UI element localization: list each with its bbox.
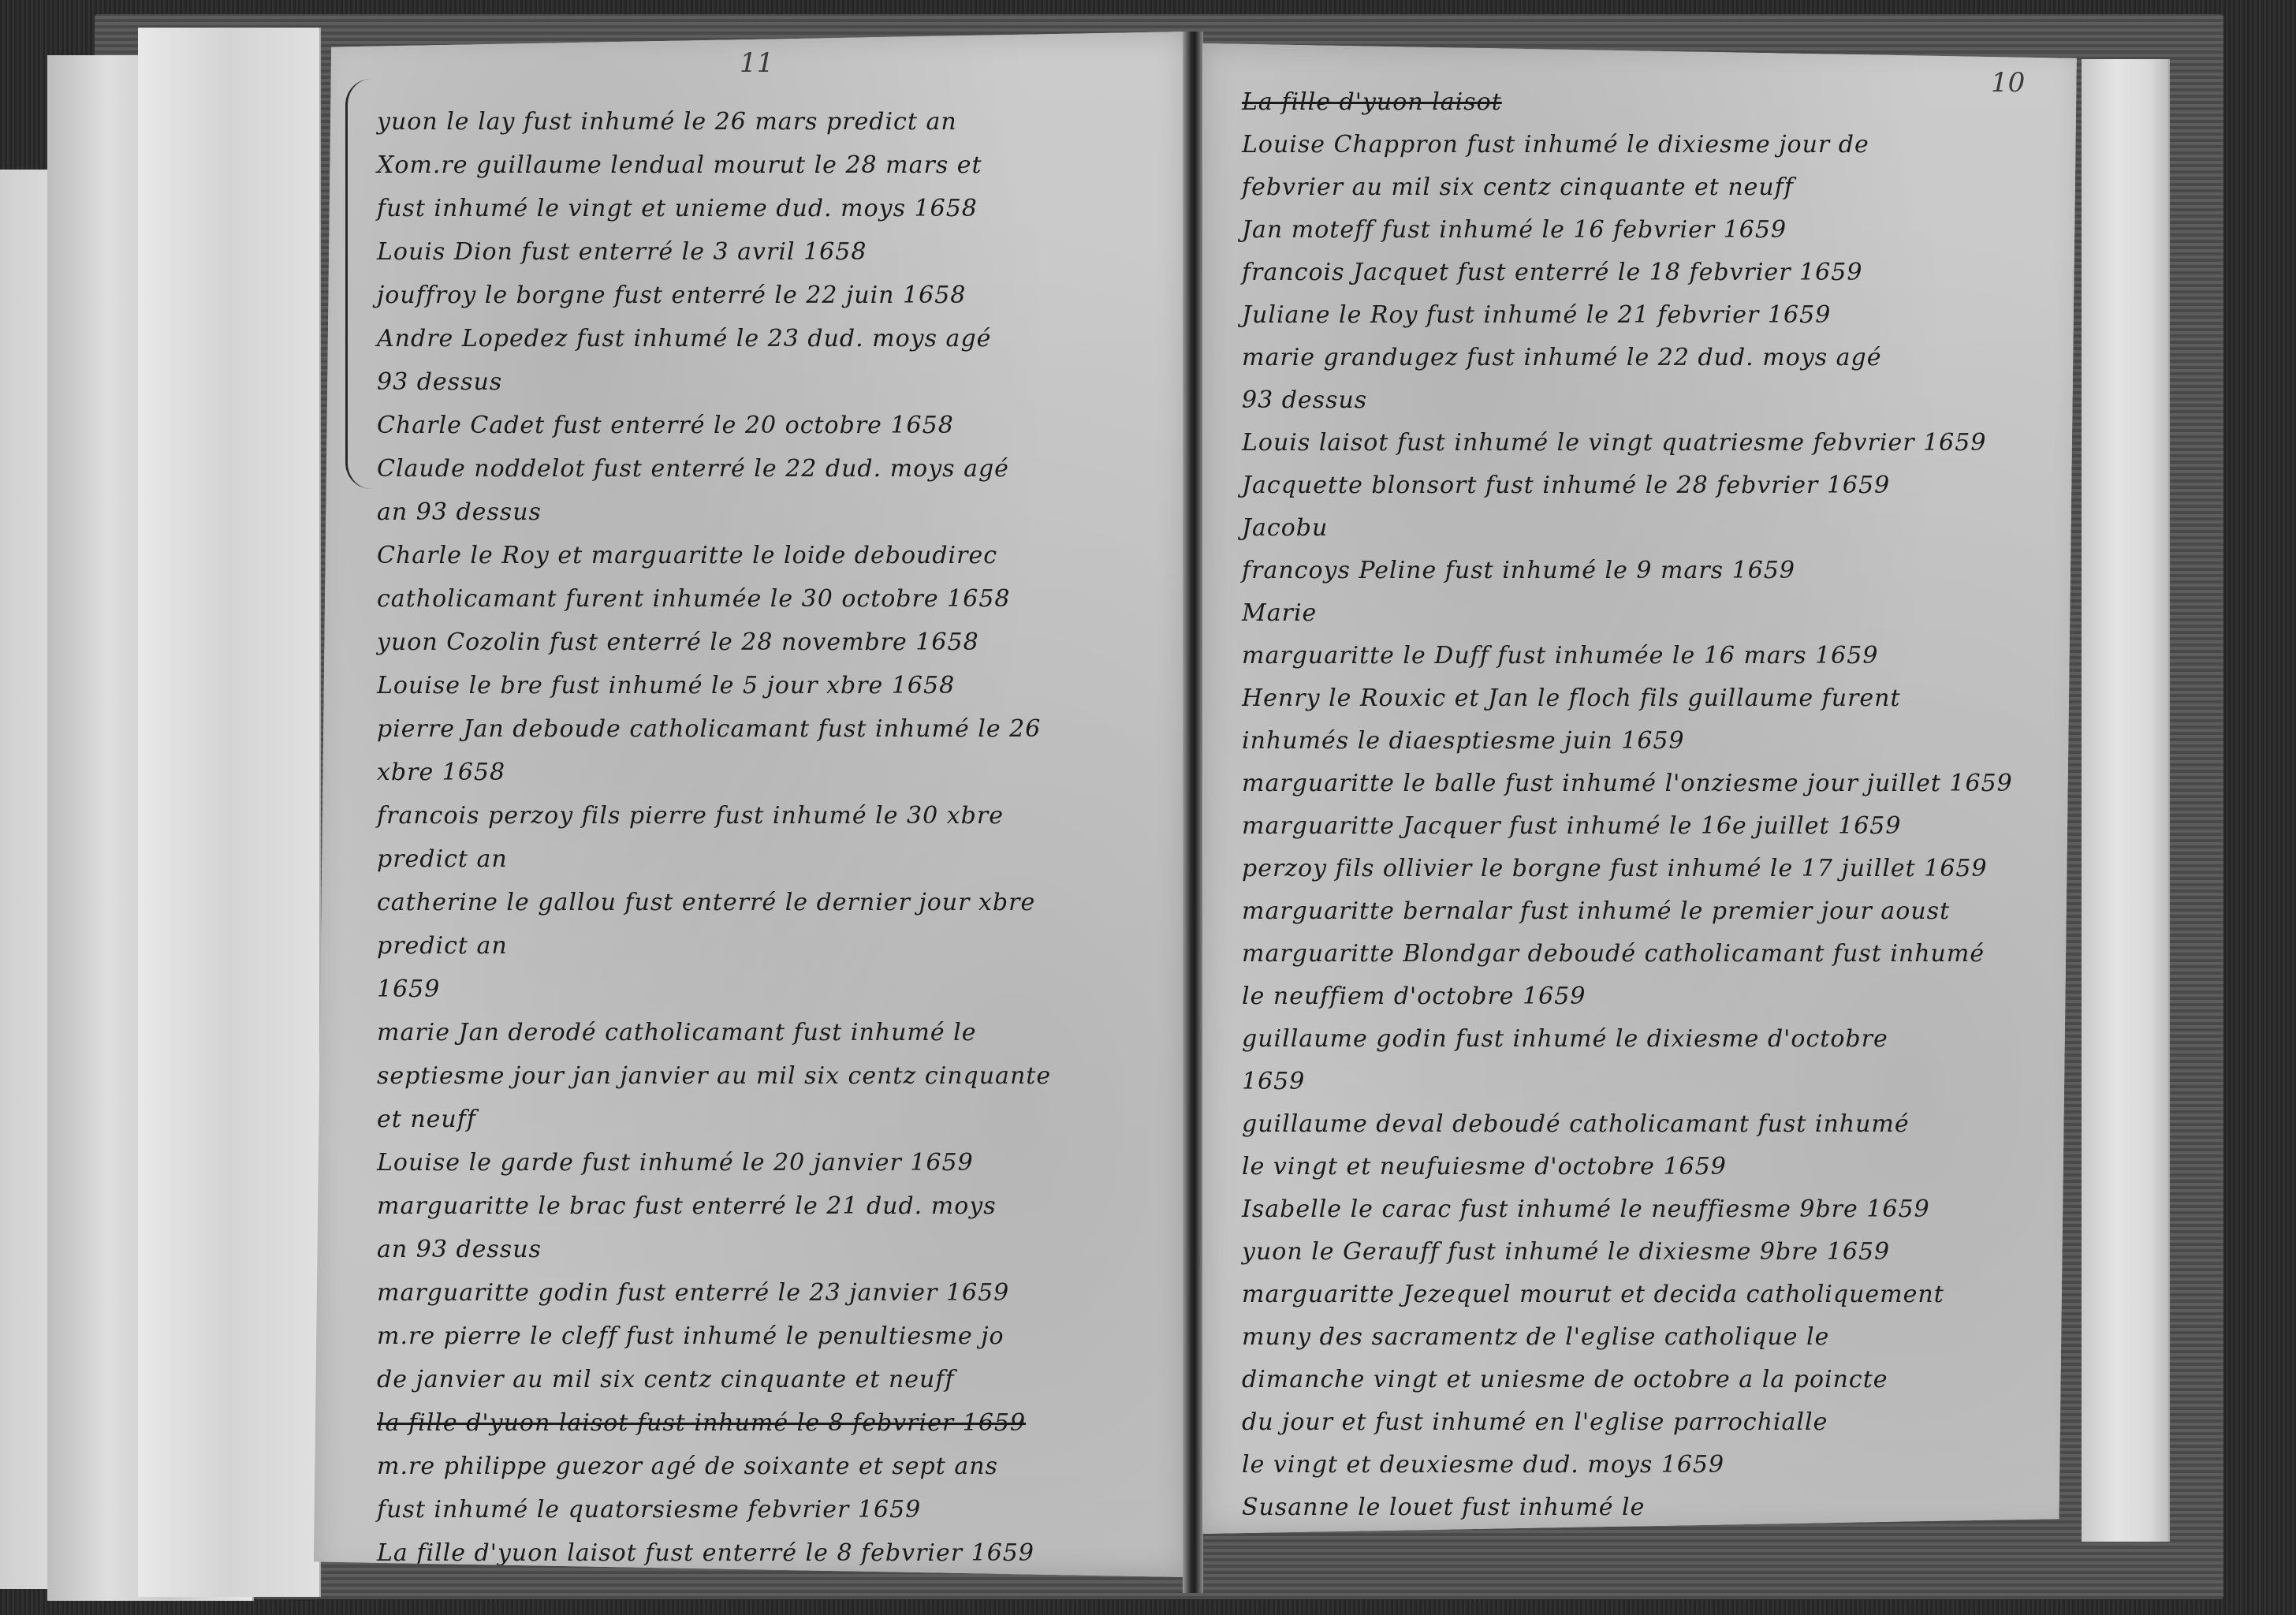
folio-number-right: 10 (1991, 67, 2025, 99)
folio-number-left: 11 (740, 47, 773, 79)
page-stack-right (2082, 59, 2170, 1542)
register-entry: Louise Chappron fust inhumé le dixiesme … (1242, 133, 1869, 157)
register-entry: 93 dessus (377, 371, 502, 394)
register-entry: inhumés le diaesptiesme juin 1659 (1242, 729, 1685, 753)
register-entry: marguaritte bernalar fust inhumé le prem… (1242, 900, 1950, 923)
register-entry: Jacobu (1242, 517, 1328, 540)
register-entry: marie grandugez fust inhumé le 22 dud. m… (1242, 346, 1881, 370)
register-entry: Henry le Rouxic et Jan le floch fils gui… (1242, 687, 1901, 711)
register-entry: predict an (377, 934, 508, 958)
register-entry: catholicamant furent inhumée le 30 octob… (377, 587, 1011, 611)
book-gutter (1183, 32, 1203, 1593)
register-entry: francois perzoy fils pierre fust inhumé … (377, 804, 1004, 828)
register-entry: la fille d'yuon laisot fust inhumé le 8 … (377, 1412, 1026, 1435)
register-entry: le vingt et neufuiesme d'octobre 1659 (1242, 1155, 1727, 1179)
register-entry: yuon le lay fust inhumé le 26 mars predi… (377, 110, 957, 134)
register-entry: Charle Cadet fust enterré le 20 octobre … (377, 414, 954, 438)
register-entry: marguaritte le brac fust enterré le 21 d… (377, 1195, 997, 1218)
register-entry: Andre Lopedez fust inhumé le 23 dud. moy… (377, 327, 991, 351)
register-entry: marguaritte Jezequel mourut et decida ca… (1242, 1283, 1944, 1307)
register-entry: et neuff (377, 1108, 476, 1132)
register-entry: le neuffiem d'octobre 1659 (1242, 985, 1586, 1009)
register-entry: le vingt et deuxiesme dud. moys 1659 (1242, 1453, 1724, 1477)
register-entry: xbre 1658 (377, 761, 505, 785)
register-entry: de janvier au mil six centz cinquante et… (377, 1368, 955, 1392)
register-entry: Isabelle le carac fust inhumé le neuffie… (1242, 1198, 1930, 1222)
register-entry: 93 dessus (1242, 389, 1367, 412)
register-entry: Louise le garde fust inhumé le 20 janvie… (377, 1151, 974, 1175)
register-entry: marguaritte le Duff fust inhumée le 16 m… (1242, 644, 1878, 668)
register-entry: Louis laisot fust inhumé le vingt quatri… (1242, 431, 1986, 455)
register-entry: febvrier au mil six centz cinquante et n… (1242, 176, 1794, 200)
left-page: 11 yuon le lay fust inhumé le 26 mars pr… (314, 32, 1187, 1577)
register-entry: La fille d'yuon laisot (1242, 91, 1502, 114)
register-entry: 1659 (1242, 1070, 1305, 1094)
register-entry: Marie (1242, 602, 1317, 625)
margin-bracket (345, 79, 371, 489)
register-entry: guillaume godin fust inhumé le dixiesme … (1242, 1028, 1888, 1051)
register-entry: m.re philippe guezor agé de soixante et … (377, 1455, 998, 1479)
register-entry: francois Jacquet fust enterré le 18 febv… (1242, 261, 1862, 285)
register-entry: Louis Dion fust enterré le 3 avril 1658 (377, 241, 867, 264)
register-entry: m.re pierre le cleff fust inhumé le penu… (377, 1325, 1004, 1348)
register-entry: fust inhumé le quatorsiesme febvrier 165… (377, 1498, 921, 1522)
register-entry: Susanne le louet fust inhumé le (1242, 1496, 1645, 1520)
register-entry: Jacquette blonsort fust inhumé le 28 feb… (1242, 474, 1890, 498)
register-entry: septiesme jour jan janvier au mil six ce… (377, 1065, 1051, 1088)
register-entry: perzoy fils ollivier le borgne fust inhu… (1242, 857, 1988, 881)
register-entry: Louise le bre fust inhumé le 5 jour xbre… (377, 674, 955, 698)
register-entry: Charle le Roy et marguaritte le loide de… (377, 544, 997, 568)
page-stack-left-inner (138, 28, 321, 1597)
register-entry: yuon Cozolin fust enterré le 28 novembre… (377, 631, 979, 655)
register-entry: du jour et fust inhumé en l'eglise parro… (1242, 1411, 1828, 1434)
register-entry: guillaume deval deboudé catholicamant fu… (1242, 1113, 1910, 1136)
register-entry: dimanche vingt et uniesme de octobre a l… (1242, 1368, 1888, 1392)
register-entry: pierre Jan deboude catholicamant fust in… (377, 718, 1041, 741)
register-entry: marguaritte le balle fust inhumé l'onzie… (1242, 772, 2013, 796)
register-entry: Xom.re guillaume lendual mourut le 28 ma… (377, 154, 982, 177)
register-entry: marguaritte Jacquer fust inhumé le 16e j… (1242, 815, 1901, 838)
register-entry: predict an (377, 848, 508, 871)
register-entry: La fille d'yuon laisot fust enterré le 8… (377, 1542, 1034, 1565)
register-entry: catherine le gallou fust enterré le dern… (377, 891, 1035, 915)
register-entry: an 93 dessus (377, 501, 542, 524)
register-entry: francoys Peline fust inhumé le 9 mars 16… (1242, 559, 1795, 583)
register-entry: fust inhumé le vingt et unieme dud. moys… (377, 197, 978, 221)
register-entry: marguaritte godin fust enterré le 23 jan… (377, 1281, 1009, 1305)
register-entry: marie Jan derodé catholicamant fust inhu… (377, 1021, 977, 1045)
register-entry: 1659 (377, 978, 440, 1001)
register-entry: marguaritte Blondgar deboudé catholicama… (1242, 942, 1985, 966)
right-page: 10 La fille d'yuon laisotLouise Chappron… (1202, 43, 2085, 1534)
register-entry: Juliane le Roy fust inhumé le 21 febvrie… (1242, 304, 1831, 327)
register-entry: Claude noddelot fust enterré le 22 dud. … (377, 457, 1009, 481)
register-entry: muny des sacramentz de l'eglise catholiq… (1242, 1326, 1829, 1349)
register-entry: an 93 dessus (377, 1238, 542, 1262)
register-entry: yuon le Gerauff fust inhumé le dixiesme … (1242, 1240, 1890, 1264)
register-entry: jouffroy le borgne fust enterré le 22 ju… (377, 284, 966, 308)
register-entry: Jan moteff fust inhumé le 16 febvrier 16… (1242, 218, 1787, 242)
